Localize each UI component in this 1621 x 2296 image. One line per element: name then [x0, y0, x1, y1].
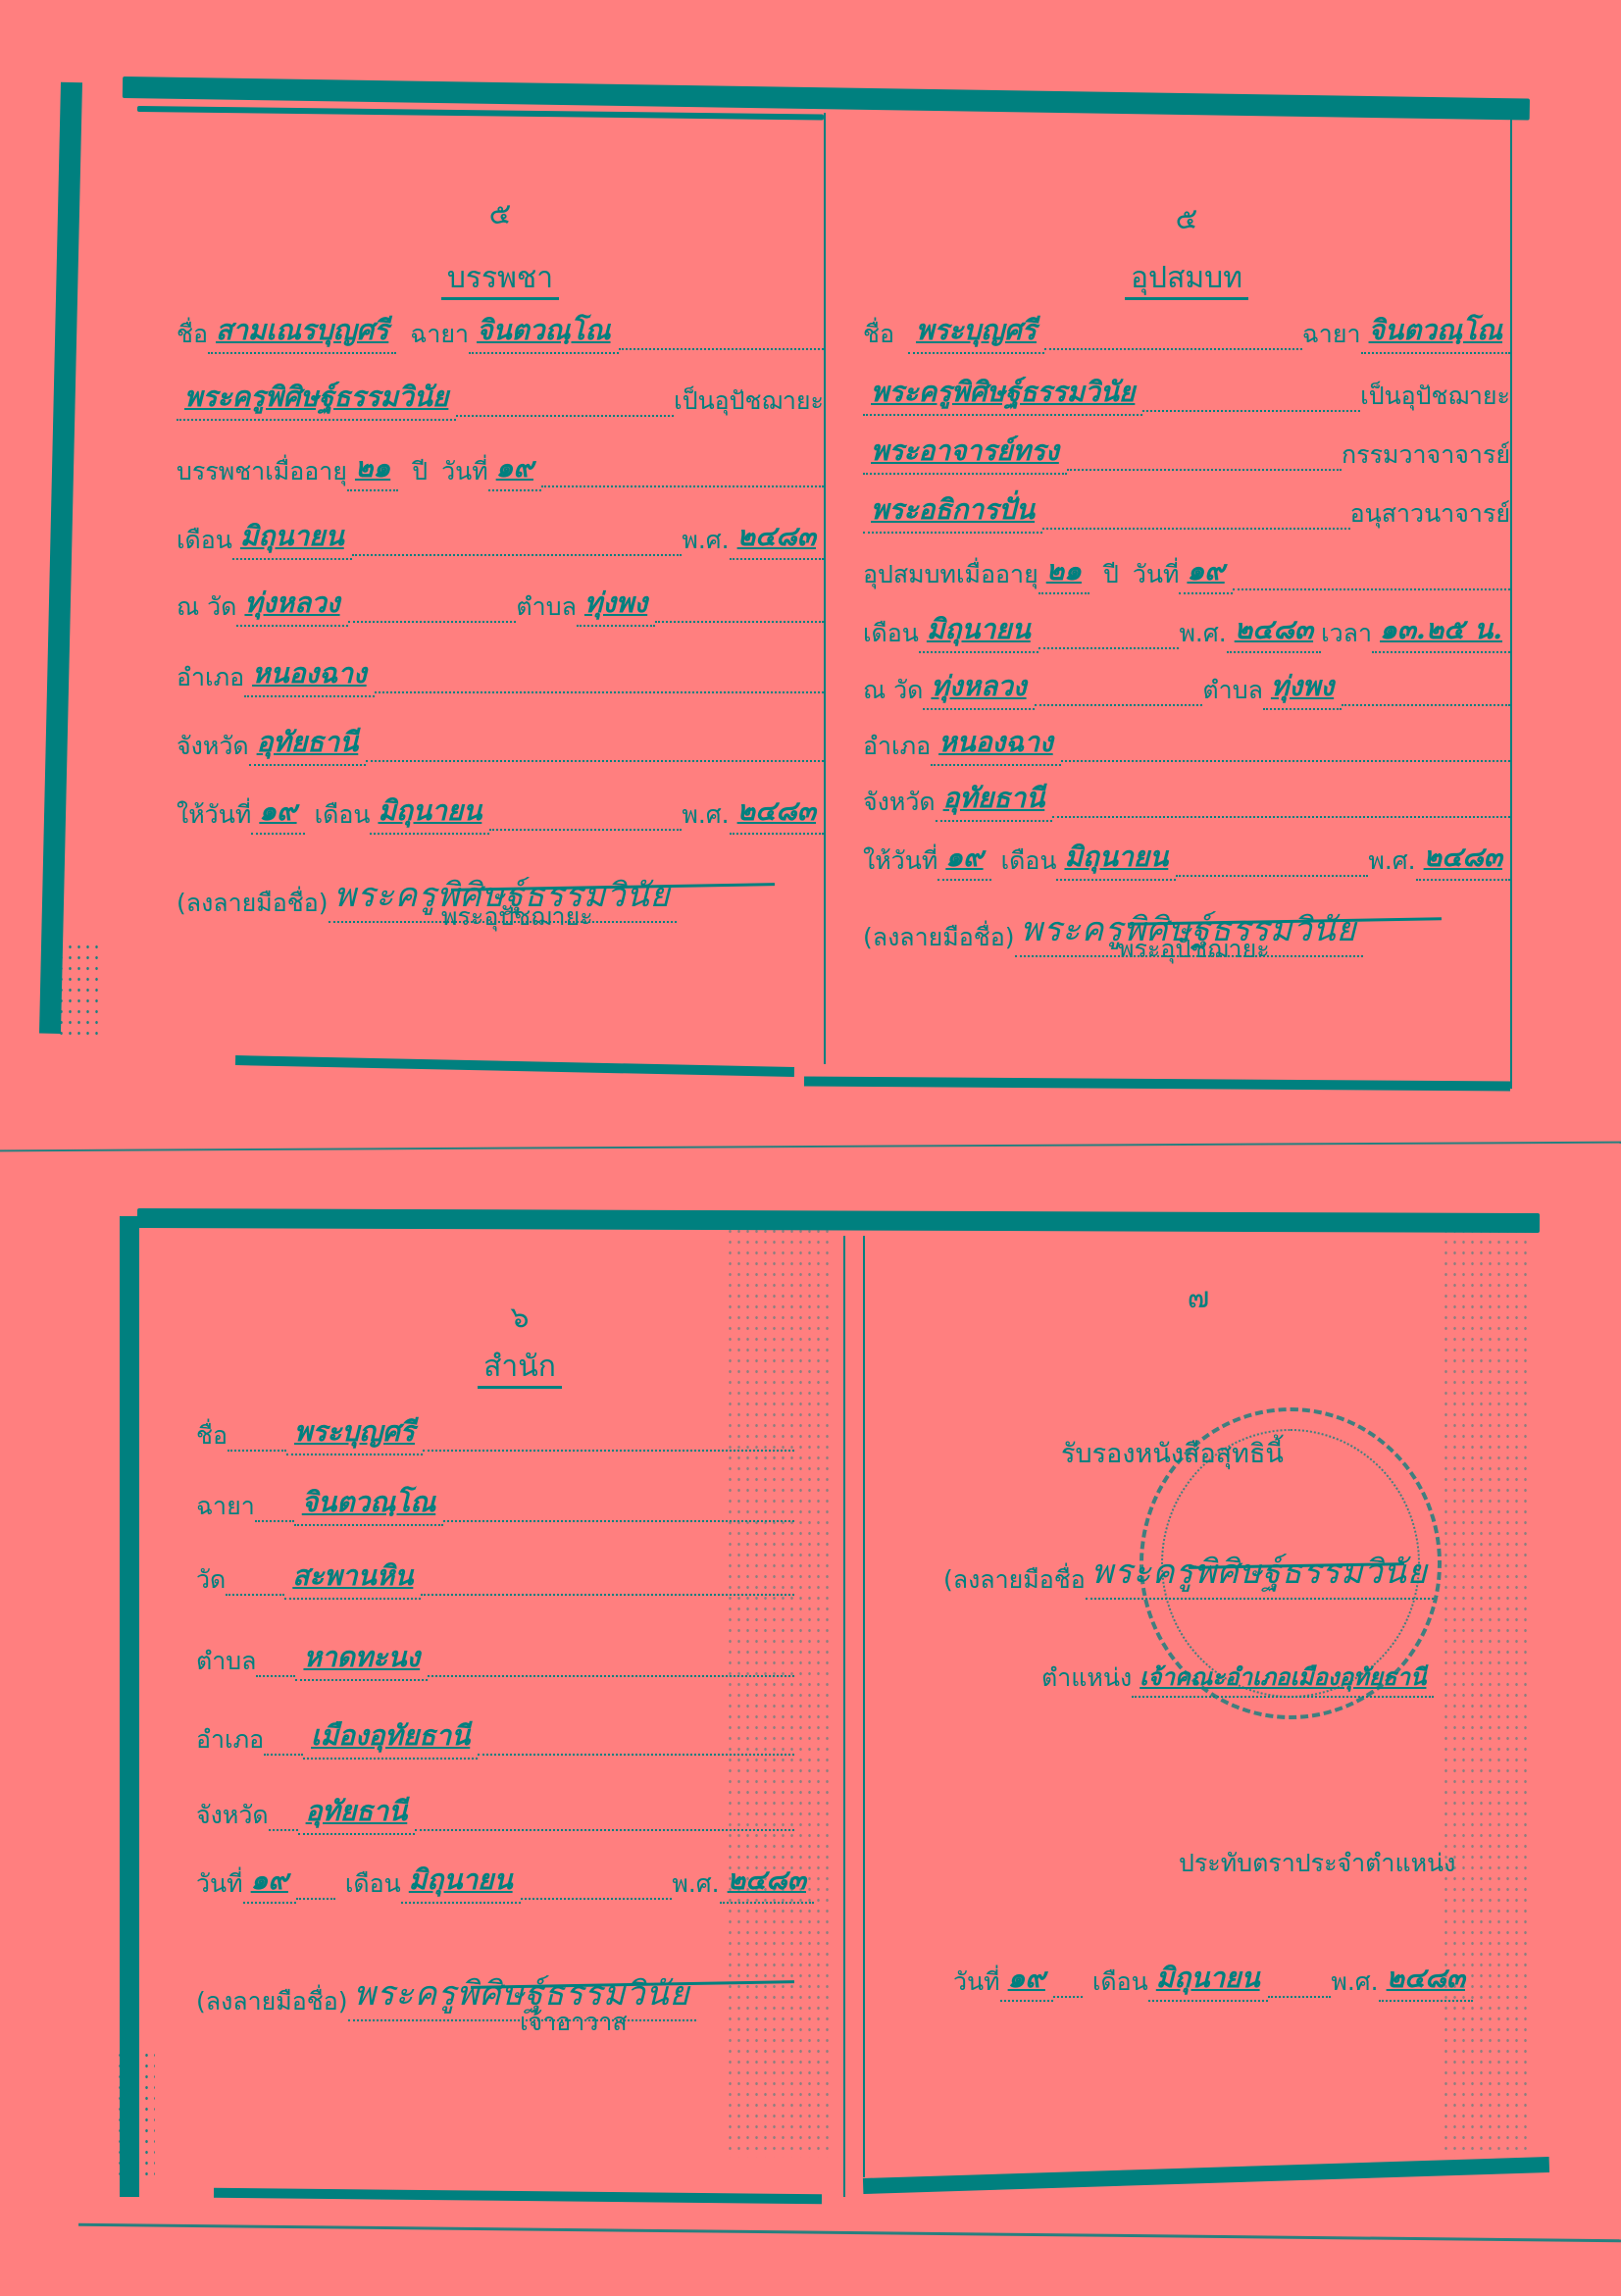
field-given-date-row: ให้วันที่ ๑๙ เดือน มิถุนายน พ.ศ. ๒๔๘๓	[177, 790, 824, 835]
page-number: ๕	[177, 191, 824, 237]
field-tambon-row: ตำบล หาดทะนง	[196, 1636, 794, 1681]
field-amphoe-row: อำเภอ หนองฉาง	[177, 652, 824, 697]
page-ordination-novice: ๕ บรรพชา ชื่อ สามเณรบุญศรี ฉายา จินตวณฺโ…	[177, 113, 826, 1064]
amphoe-value: เมืองอุทัยธานี	[303, 1714, 478, 1760]
name-value: พระบุญศรี	[908, 309, 1044, 354]
signer-title: เจ้าอาวาส	[520, 2003, 628, 2042]
position-value: เจ้าคณะอำเภอเมืองอุทัยธานี	[1132, 1658, 1434, 1698]
month-value: มิถุนายน	[1148, 1957, 1268, 2002]
province-value: อุทัยธานี	[936, 777, 1053, 822]
given-month-value: มิถุนายน	[370, 790, 489, 835]
day-value: ๑๙	[1179, 549, 1232, 594]
given-day-value: ๑๙	[251, 790, 304, 835]
field-date-row: วันที่ ๑๙ เดือน มิถุนายน พ.ศ. ๒๔๘๓	[953, 1957, 1473, 2002]
field-wat-row: ณ วัด ทุ่งหลวง ตำบล ทุ่งพง	[863, 665, 1510, 710]
position-row: ตำแหน่ง เจ้าคณะอำเภอเมืองอุทัยธานี	[1041, 1658, 1493, 1698]
bottom-book-spread: ๖ สำนัก ชื่อ พระบุญศรี ฉายา จินตวณฺโณ วั…	[0, 1167, 1621, 2246]
day-value: ๑๙	[1000, 1957, 1053, 2002]
field-amphoe-row: อำเภอ เมืองอุทัยธานี	[196, 1714, 794, 1760]
time-value: ๑๓.๒๕ น.	[1372, 608, 1510, 653]
field-name-row: ชื่อ สามเณรบุญศรี ฉายา จินตวณฺโณ	[177, 309, 824, 354]
wat-value: ทุ่งหลวง	[236, 582, 347, 627]
province-value: อุทัยธานี	[298, 1790, 416, 1835]
given-month-value: มิถุนายน	[1056, 836, 1176, 881]
wat-value: สะพานหิน	[284, 1555, 421, 1600]
name-value: พระบุญศรี	[286, 1410, 423, 1455]
page-number: ๗	[865, 1275, 1532, 1321]
field-province-row: จังหวัด อุทัยธานี	[177, 721, 824, 766]
field-preceptor-row: พระครูพิศิษฐ์ธรรมวินัย เป็นอุปัชฌายะ	[863, 371, 1510, 416]
field-wat-row: ณ วัด ทุ่งหลวง ตำบล ทุ่งพง	[177, 582, 824, 627]
signer-title: พระอุปัชฌายะ	[1118, 930, 1270, 969]
tambon-value: หาดทะนง	[295, 1636, 428, 1681]
field-name-row: ชื่อ พระบุญศรี ฉายา จินตวณฺโณ	[863, 309, 1510, 354]
field-name-row: ชื่อ พระบุญศรี	[196, 1410, 794, 1455]
age-value: ๒๑	[1038, 549, 1089, 594]
page-number: ๖	[196, 1295, 843, 1341]
cover-wear	[116, 2050, 155, 2177]
amphoe-value: หนองฉาง	[931, 721, 1061, 766]
field-anusavana-row: พระอธิการปั่น อนุสาวนาจารย์	[863, 488, 1510, 534]
tambon-value: ทุ่งพง	[577, 582, 655, 627]
page-certification: ๗ รับรองหนังสือสุทธินี้ (ลงลายมือชื่อ พร…	[863, 1236, 1532, 2177]
field-amphoe-row: อำเภอ หนองฉาง	[863, 721, 1510, 766]
be-value: ๒๔๘๓	[720, 1859, 814, 1904]
field-age-row: อุปสมบทเมื่ออายุ ๒๑ ปี วันที่ ๑๙	[863, 549, 1510, 594]
certify-text: รับรองหนังสือสุทธินี้	[1061, 1432, 1284, 1474]
section-heading: บรรพชา	[177, 255, 824, 301]
signature: พระครูพิศิษฐ์ธรรมวินัย	[1086, 1545, 1434, 1600]
section-heading: สำนัก	[196, 1344, 843, 1390]
field-wat-row: วัด สะพานหิน	[196, 1555, 794, 1600]
seal-caption: ประทับตราประจำตำแหน่ง	[1179, 1844, 1455, 1883]
preceptor-value: พระครูพิศิษฐ์ธรรมวินัย	[177, 376, 456, 421]
field-date-row: วันที่ ๑๙ เดือน มิถุนายน พ.ศ. ๒๔๘๓	[196, 1859, 814, 1904]
kammavaca-value: พระอาจารย์ทรง	[863, 430, 1067, 475]
signature-row: (ลงลายมือชื่อ พระครูพิศิษฐ์ธรรมวินัย	[943, 1545, 1493, 1600]
book-cover-left-edge	[39, 82, 82, 1034]
chaya-value: จินตวณฺโณ	[469, 309, 618, 354]
field-month-row: เดือน มิถุนายน พ.ศ. ๒๔๘๓ เวลา ๑๓.๒๕ น.	[863, 608, 1510, 653]
scan-separator-top	[0, 1142, 1621, 1152]
wat-value: ทุ่งหลวง	[923, 665, 1034, 710]
section-heading: อุปสมบท	[863, 255, 1510, 301]
field-age-row: บรรพชาเมื่ออายุ ๒๑ ปี วันที่ ๑๙	[177, 446, 824, 491]
given-be-value: ๒๔๘๓	[730, 790, 824, 835]
field-given-date-row: ให้วันที่ ๑๙ เดือน มิถุนายน พ.ศ. ๒๔๘๓	[863, 836, 1510, 881]
amphoe-value: หนองฉาง	[244, 652, 375, 697]
page-number: ๕	[863, 196, 1510, 242]
chaya-value: จินตวณฺโณ	[1361, 309, 1510, 354]
field-chaya-row: ฉายา จินตวณฺโณ	[196, 1481, 794, 1526]
province-value: อุทัยธานี	[249, 721, 367, 766]
month-value: มิถุนายน	[919, 608, 1038, 653]
field-province-row: จังหวัด อุทัยธานี	[863, 777, 1510, 822]
given-day-value: ๑๙	[937, 836, 990, 881]
cover-wear	[57, 942, 98, 1040]
tambon-value: ทุ่งพง	[1263, 665, 1342, 710]
be-value: ๒๔๘๓	[1379, 1957, 1473, 2002]
month-value: มิถุนายน	[401, 1859, 521, 1904]
field-province-row: จังหวัด อุทัยธานี	[196, 1790, 794, 1835]
field-preceptor-row: พระครูพิศิษฐ์ธรรมวินัย เป็นอุปัชฌายะ	[177, 376, 824, 421]
be-value: ๒๔๘๓	[730, 515, 824, 560]
preceptor-value: พระครูพิศิษฐ์ธรรมวินัย	[863, 371, 1142, 416]
book-cover-top-edge	[137, 1208, 1540, 1233]
anusavana-value: พระอธิการปั่น	[863, 488, 1042, 534]
name-value: สามเณรบุญศรี	[208, 309, 396, 354]
be-value: ๒๔๘๓	[1227, 608, 1321, 653]
page-residence: ๖ สำนัก ชื่อ พระบุญศรี ฉายา จินตวณฺโณ วั…	[196, 1236, 845, 2197]
field-kammavaca-row: พระอาจารย์ทรง กรรมวาจาจารย์	[863, 430, 1510, 475]
age-value: ๒๑	[347, 446, 398, 491]
month-value: มิถุนายน	[232, 515, 352, 560]
page-ordination-monk: ๕ อุปสมบท ชื่อ พระบุญศรี ฉายา จินตวณฺโณ …	[863, 118, 1512, 1089]
top-book-spread: ๕ บรรพชา ชื่อ สามเณรบุญศรี ฉายา จินตวณฺโ…	[0, 0, 1621, 1138]
day-value: ๑๙	[488, 446, 541, 491]
signer-title: พระอุปัชฌายะ	[441, 897, 593, 937]
day-value: ๑๙	[243, 1859, 296, 1904]
chaya-value: จินตวณฺโณ	[294, 1481, 443, 1526]
field-month-row: เดือน มิถุนายน พ.ศ. ๒๔๘๓	[177, 515, 824, 560]
given-be-value: ๒๔๘๓	[1416, 836, 1510, 881]
